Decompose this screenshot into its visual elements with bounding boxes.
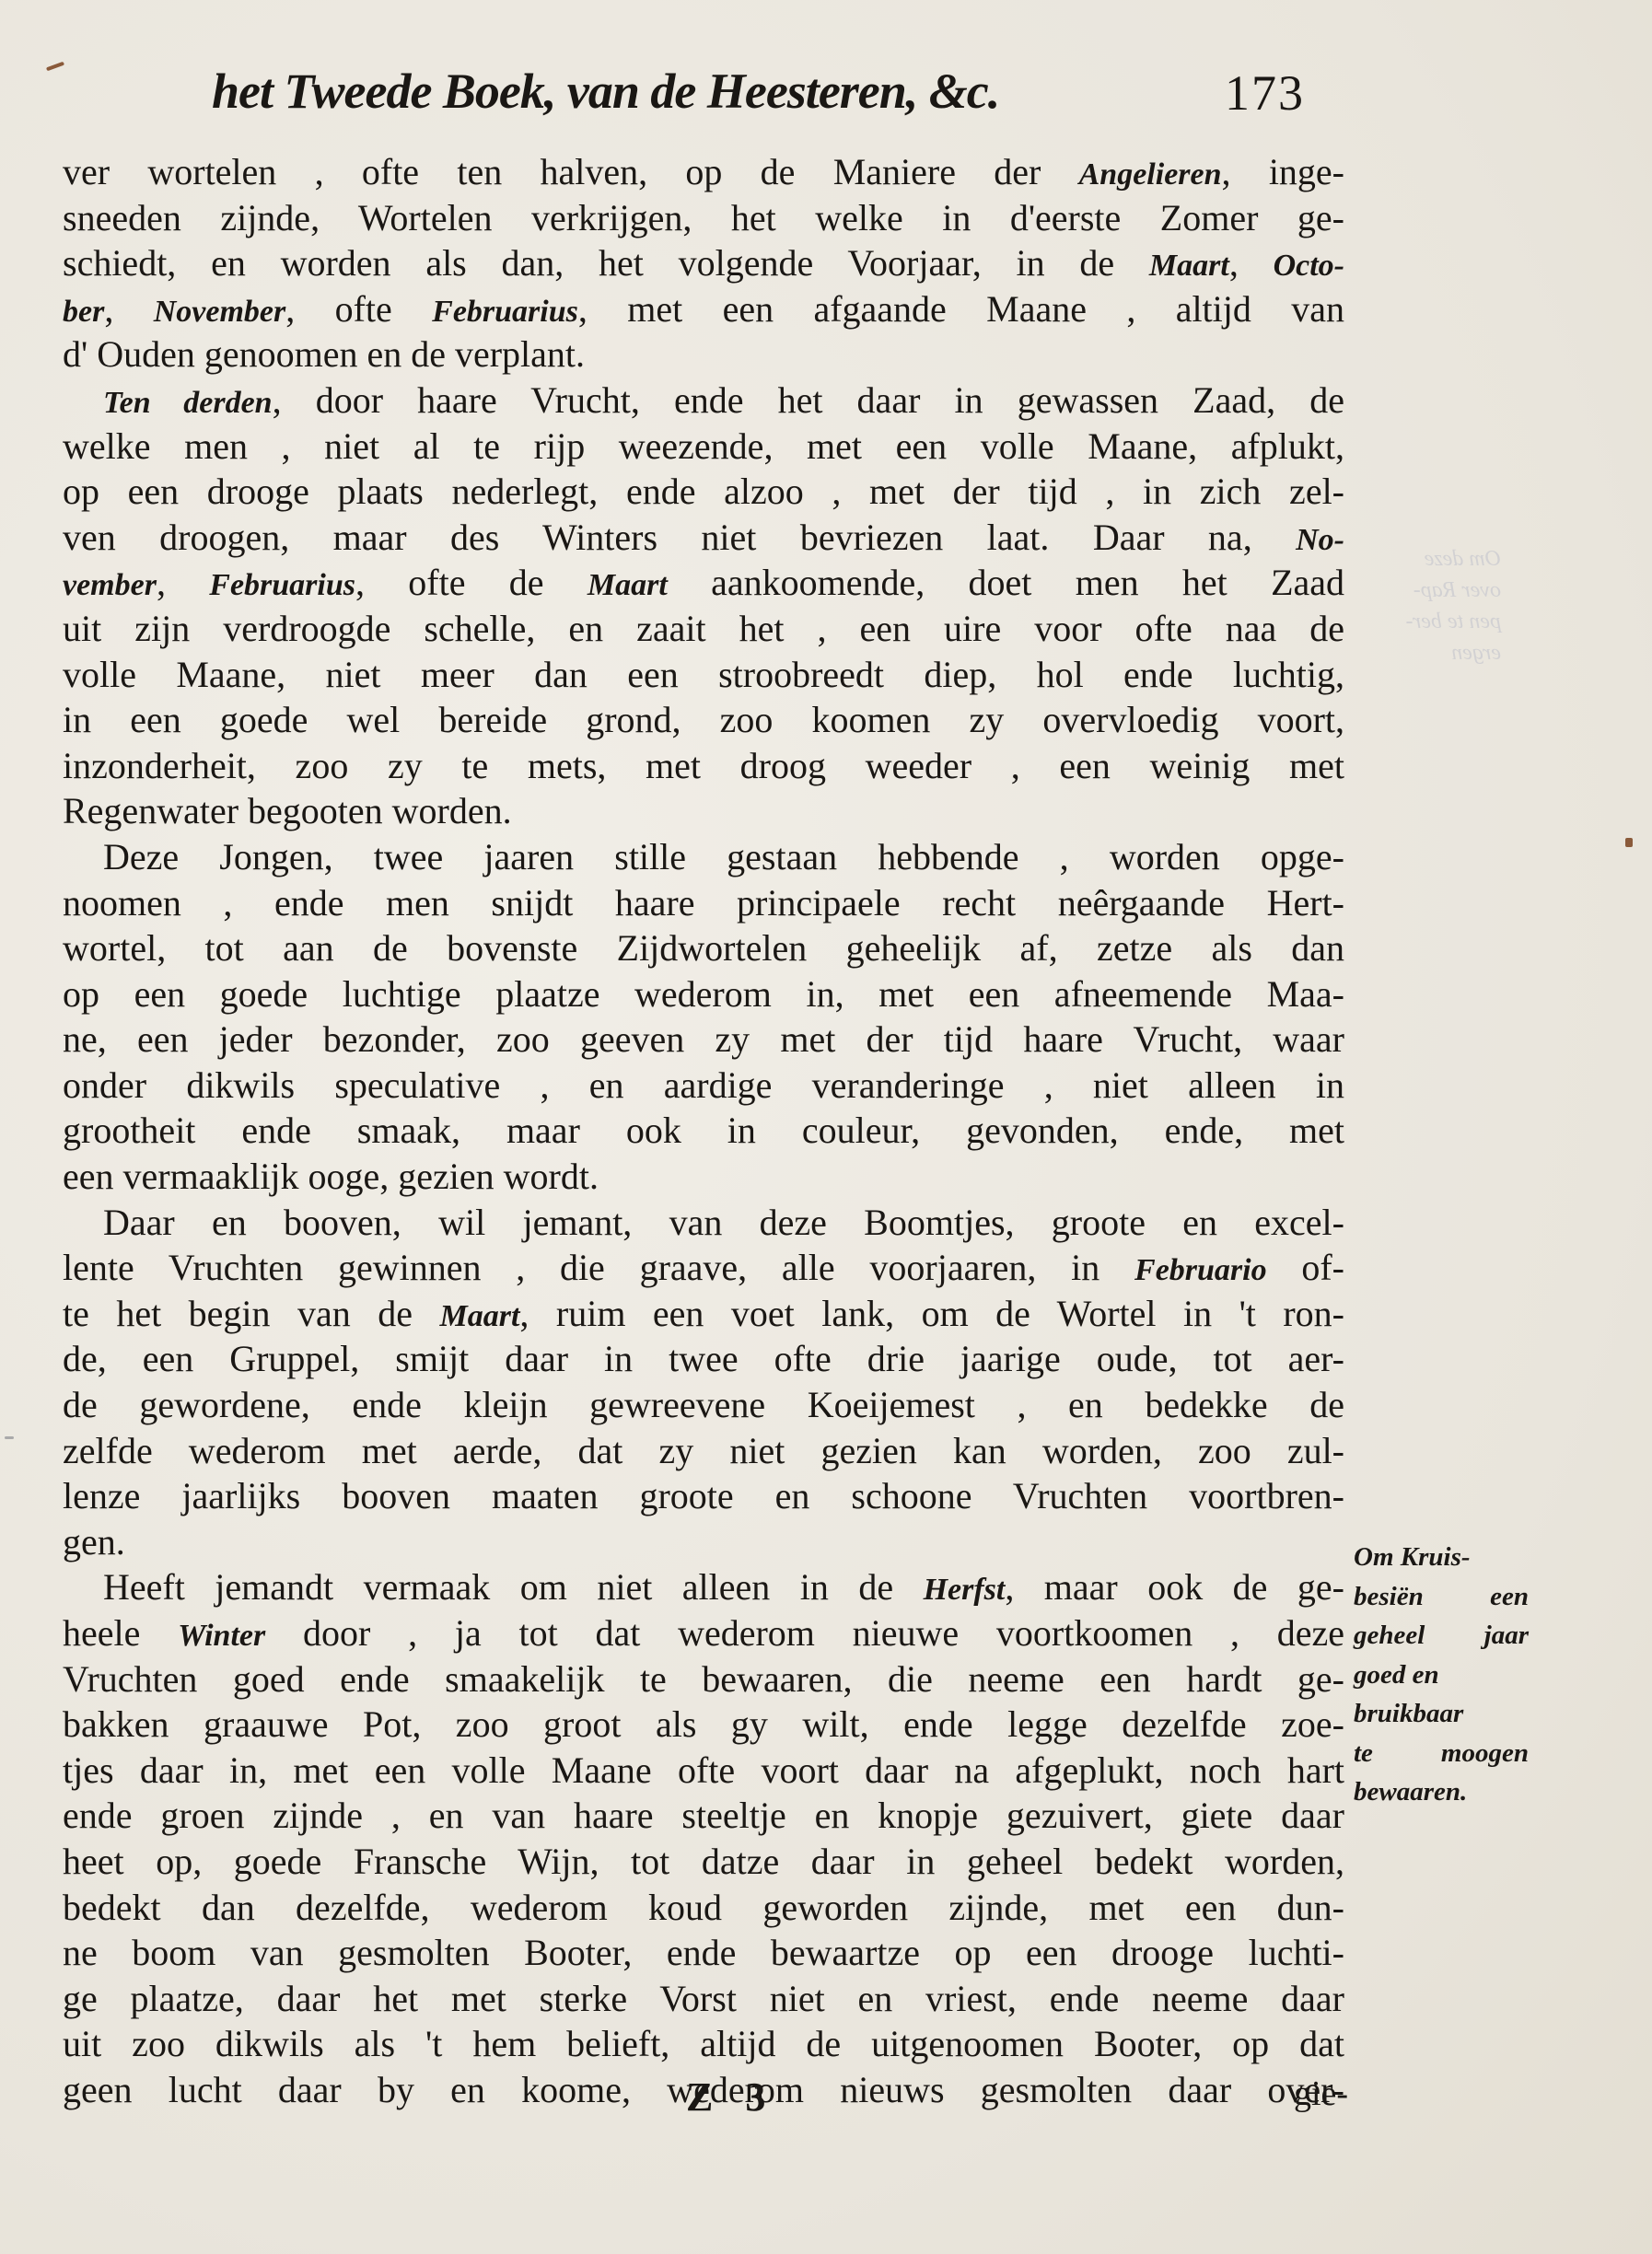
- text-line: bakken graauwe Pot, zoo groot als gy wil…: [63, 1702, 1344, 1748]
- text-run: , met een afgaande Maane , altijd van: [578, 288, 1344, 330]
- text-run: Daar en booven, wil jemant, van deze Boo…: [103, 1202, 1344, 1243]
- text-line: inzonderheit, zoo zy te mets, met droog …: [63, 743, 1344, 789]
- text-run: , door haare Vrucht, ende het daar in ge…: [273, 379, 1344, 421]
- text-line: wortel, tot aan de bovenste Zijdwortelen…: [63, 925, 1344, 971]
- italic-term: Februarius: [209, 568, 355, 602]
- text-line: grootheit ende smaak, maar ook in couleu…: [63, 1108, 1344, 1154]
- italic-term: Herfst: [924, 1573, 1006, 1607]
- margin-note-line: te moogen: [1354, 1734, 1529, 1773]
- text-line: lenze jaarlijks booven maaten groote en …: [63, 1473, 1344, 1519]
- text-line: schiedt, en worden als dan, het volgende…: [63, 240, 1344, 286]
- page-number: 173: [1225, 64, 1305, 122]
- text-run: inzonderheit, zoo zy te mets, met droog …: [63, 745, 1344, 786]
- text-line: ge plaatze, daar het met sterke Vorst ni…: [63, 1976, 1344, 2022]
- text-line: op een drooge plaats nederlegt, ende alz…: [63, 469, 1344, 515]
- text-line: Deze Jongen, twee jaaren stille gestaan …: [63, 834, 1344, 880]
- text-run: uit zijn verdroogde schelle, en zaait he…: [63, 608, 1344, 649]
- text-run: uit zoo dikwils als 't hem belieft, alti…: [63, 2023, 1344, 2064]
- text-run: bedekt dan dezelfde, wederom koud geword…: [63, 1887, 1344, 1928]
- margin-note-line: bewaaren.: [1354, 1772, 1529, 1812]
- text-line: sneeden zijnde, Wortelen verkrijgen, het…: [63, 195, 1344, 241]
- text-run: heet op, goede Fransche Wijn, tot datze …: [63, 1841, 1344, 1882]
- show-through-margin-note: Om dezeover Rap-pen te ber-ergen: [1363, 543, 1501, 668]
- text-line: Vruchten goed ende smaakelijk te bewaare…: [63, 1656, 1344, 1702]
- text-run: op een drooge plaats nederlegt, ende alz…: [63, 471, 1344, 512]
- text-line: ende groen zijnde , en van haare steeltj…: [63, 1793, 1344, 1839]
- catchword: gie-: [1294, 2074, 1348, 2114]
- text-run: noomen , ende men snijdt haare principae…: [63, 882, 1344, 924]
- text-run: een vermaaklijk ooge, gezien wordt.: [63, 1156, 599, 1197]
- text-run: Vruchten goed ende smaakelijk te bewaare…: [63, 1658, 1344, 1700]
- italic-term: Angelieren: [1079, 157, 1222, 192]
- text-line: ne, een jeder bezonder, zoo geeven zy me…: [63, 1017, 1344, 1063]
- show-through-line: over Rap-: [1363, 575, 1501, 606]
- text-run: schiedt, en worden als dan, het volgende…: [63, 242, 1149, 284]
- text-line: uit zijn verdroogde schelle, en zaait he…: [63, 606, 1344, 652]
- text-run: ne boom van gesmolten Booter, ende bewaa…: [63, 1932, 1344, 1973]
- text-run: de, een Gruppel, smijt daar in twee ofte…: [63, 1338, 1344, 1379]
- show-through-line: pen te ber-: [1363, 606, 1501, 637]
- text-run: de gewordene, ende kleijn gewreevene Koe…: [63, 1384, 1344, 1425]
- text-run: bakken graauwe Pot, zoo groot als gy wil…: [63, 1703, 1344, 1745]
- text-line: volle Maane, niet meer dan een stroobree…: [63, 652, 1344, 698]
- signature-mark: Z 3: [686, 2074, 776, 2120]
- text-line: ver wortelen , ofte ten halven, op de Ma…: [63, 149, 1344, 195]
- text-run: volle Maane, niet meer dan een stroobree…: [63, 654, 1344, 695]
- text-run: aankoomende, doet men het Zaad: [668, 562, 1344, 603]
- text-run: ver wortelen , ofte ten halven, op de Ma…: [63, 151, 1079, 192]
- italic-term: Maart: [1149, 249, 1229, 283]
- margin-note-line: bruikbaar: [1354, 1694, 1529, 1734]
- text-line: uit zoo dikwils als 't hem belieft, alti…: [63, 2021, 1344, 2067]
- text-run: welke men , niet al te rijp weezende, me…: [63, 425, 1344, 467]
- text-line: vember, Februarius, ofte de Maart aankoo…: [63, 560, 1344, 606]
- text-line: bedekt dan dezelfde, wederom koud geword…: [63, 1885, 1344, 1931]
- text-line: ne boom van gesmolten Booter, ende bewaa…: [63, 1930, 1344, 1976]
- italic-term: Februarius: [432, 295, 578, 329]
- text-run: ne, een jeder bezonder, zoo geeven zy me…: [63, 1018, 1344, 1060]
- text-run: , ofte de: [355, 562, 588, 603]
- text-run: , ruim een voet lank, om de Wortel in 't…: [519, 1293, 1344, 1334]
- text-line: Ten derden, door haare Vrucht, ende het …: [63, 378, 1344, 424]
- text-run: Regenwater begooten worden.: [63, 790, 512, 831]
- paper-speck: [1625, 838, 1633, 847]
- text-run: ven droogen, maar des Winters niet bevri…: [63, 517, 1296, 558]
- text-line: op een goede luchtige plaatze wederom in…: [63, 971, 1344, 1017]
- margin-note-line: besiën een: [1354, 1577, 1529, 1617]
- italic-term: Maart: [588, 568, 668, 602]
- text-run: grootheit ende smaak, maar ook in couleu…: [63, 1110, 1344, 1151]
- text-line: gen.: [63, 1519, 1344, 1565]
- text-run: te het begin van de: [63, 1293, 439, 1334]
- text-run: wortel, tot aan de bovenste Zijdwortelen…: [63, 927, 1344, 969]
- text-line: te het begin van de Maart, ruim een voet…: [63, 1291, 1344, 1337]
- text-run: ,: [104, 288, 153, 330]
- italic-term: No-: [1296, 523, 1344, 557]
- book-page: het Tweede Boek, van de Heesteren, &c. 1…: [0, 0, 1652, 2254]
- show-through-line: ergen: [1363, 637, 1501, 668]
- italic-term: vember: [63, 568, 157, 602]
- margin-note-line: Om Kruis-: [1354, 1538, 1529, 1577]
- text-line: heele Winter door , ja tot dat wederom n…: [63, 1610, 1344, 1656]
- text-run: heele: [63, 1612, 178, 1654]
- paper-speck: [5, 1436, 14, 1439]
- text-line: Regenwater begooten worden.: [63, 788, 1344, 834]
- italic-term: Ten derden: [103, 386, 273, 420]
- text-run: , inge-: [1222, 151, 1344, 192]
- running-head: het Tweede Boek, van de Heesteren, &c. 1…: [212, 63, 1363, 136]
- text-run: Deze Jongen, twee jaaren stille gestaan …: [103, 836, 1344, 877]
- text-run: lente Vruchten gewinnen , die graave, al…: [63, 1247, 1134, 1288]
- text-run: Heeft jemandt vermaak om niet alleen in …: [103, 1566, 924, 1608]
- italic-term: Maart: [439, 1299, 519, 1333]
- italic-term: November: [154, 295, 286, 329]
- text-line: d' Ouden genoomen en de verplant.: [63, 331, 1344, 378]
- text-run: lenze jaarlijks booven maaten groote en …: [63, 1475, 1344, 1516]
- text-run: gen.: [63, 1521, 125, 1563]
- text-run: , ofte: [285, 288, 432, 330]
- margin-note-line: geheel jaar: [1354, 1616, 1529, 1656]
- text-line: zelfde wederom met aerde, dat zy niet ge…: [63, 1428, 1344, 1474]
- margin-note: Om Kruis-besiën eengeheel jaargoed enbru…: [1354, 1538, 1529, 1812]
- text-run: d' Ouden genoomen en de verplant.: [63, 333, 585, 375]
- text-run: in een goede wel bereide grond, zoo koom…: [63, 699, 1344, 740]
- text-line: welke men , niet al te rijp weezende, me…: [63, 424, 1344, 470]
- text-line: noomen , ende men snijdt haare principae…: [63, 880, 1344, 926]
- text-run: op een goede luchtige plaatze wederom in…: [63, 973, 1344, 1015]
- italic-term: Winter: [178, 1619, 265, 1653]
- text-line: een vermaaklijk ooge, gezien wordt.: [63, 1154, 1344, 1200]
- text-line: de gewordene, ende kleijn gewreevene Koe…: [63, 1382, 1344, 1428]
- text-line: heet op, goede Fransche Wijn, tot datze …: [63, 1839, 1344, 1885]
- text-line: de, een Gruppel, smijt daar in twee ofte…: [63, 1336, 1344, 1382]
- text-run: zelfde wederom met aerde, dat zy niet ge…: [63, 1430, 1344, 1471]
- text-line: Daar en booven, wil jemant, van deze Boo…: [63, 1200, 1344, 1246]
- italic-term: Octo-: [1274, 249, 1344, 283]
- text-run: door , ja tot dat wederom nieuwe voortko…: [265, 1612, 1344, 1654]
- text-run: ,: [1229, 242, 1274, 284]
- show-through-line: Om deze: [1363, 543, 1501, 575]
- text-run: , maar ook de ge-: [1005, 1566, 1344, 1608]
- text-line: ven droogen, maar des Winters niet bevri…: [63, 515, 1344, 561]
- text-run: ge plaatze, daar het met sterke Vorst ni…: [63, 1978, 1344, 2019]
- italic-term: ber: [63, 295, 104, 329]
- body-text: ver wortelen , ofte ten halven, op de Ma…: [63, 149, 1344, 2113]
- text-line: ber, November, ofte Februarius, met een …: [63, 286, 1344, 332]
- text-run: sneeden zijnde, Wortelen verkrijgen, het…: [63, 197, 1344, 238]
- paper-speck: [46, 62, 64, 72]
- running-title: het Tweede Boek, van de Heesteren, &c.: [212, 63, 999, 120]
- text-line: in een goede wel bereide grond, zoo koom…: [63, 697, 1344, 743]
- margin-note-line: goed en: [1354, 1656, 1529, 1695]
- text-run: ende groen zijnde , en van haare steeltj…: [63, 1795, 1344, 1836]
- text-line: Heeft jemandt vermaak om niet alleen in …: [63, 1564, 1344, 1610]
- text-line: onder dikwils speculative , en aardige v…: [63, 1063, 1344, 1109]
- text-run: ,: [157, 562, 209, 603]
- text-run: of-: [1267, 1247, 1344, 1288]
- italic-term: Februario: [1134, 1253, 1267, 1287]
- text-run: onder dikwils speculative , en aardige v…: [63, 1064, 1344, 1106]
- text-run: tjes daar in, met een volle Maane ofte v…: [63, 1749, 1344, 1791]
- text-line: lente Vruchten gewinnen , die graave, al…: [63, 1245, 1344, 1291]
- text-line: tjes daar in, met een volle Maane ofte v…: [63, 1748, 1344, 1794]
